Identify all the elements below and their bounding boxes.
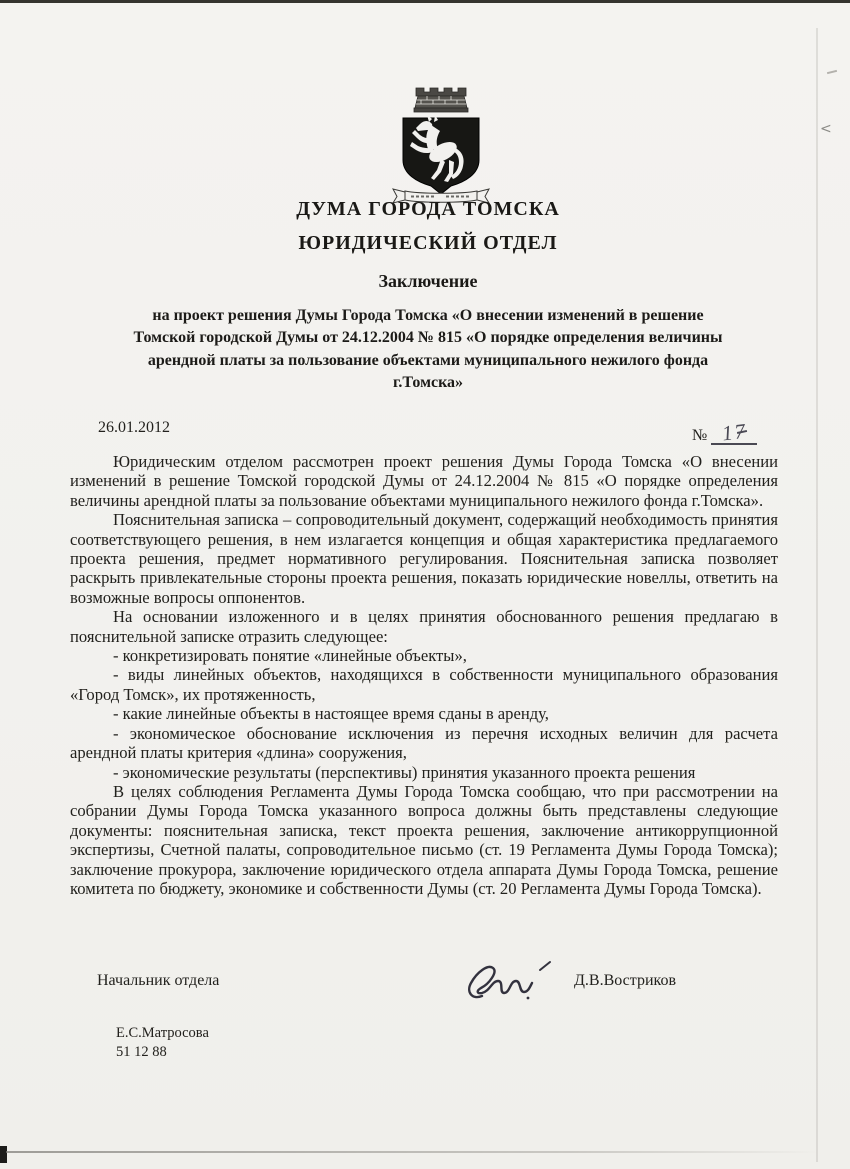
organization-name: ДУМА ГОРОДА ТОМСКА [68,198,788,221]
subject-line: арендной платы за пользование объектами … [78,350,778,372]
signature-row: Начальник отдела Д.В.Востриков [0,968,850,1028]
date-number-row: 26.01.2012 №17 [0,417,850,443]
subject-line: на проект решения Думы Города Томска «О … [78,305,778,327]
coat-of-arms-graphic [391,86,491,206]
subject-line: г.Томска» [78,372,778,394]
document-number: №17 [692,419,757,445]
document-body: Юридическим отделом рассмотрен проект ре… [70,452,778,898]
body-paragraph: В целях соблюдения Регламента Думы Город… [70,782,778,898]
scan-mark-dash [827,70,837,74]
scan-mark-chevron: < [820,121,832,137]
body-paragraph-bullet: - виды линейных объектов, находящихся в … [70,665,778,704]
body-paragraph: На основании изложенного и в целях приня… [70,607,778,646]
scan-shadow-bottom [6,1151,818,1153]
document-subject: на проект решения Думы Города Томска «О … [78,305,778,395]
scanned-document-page: ДУМА ГОРОДА ТОМСКА ЮРИДИЧЕСКИЙ ОТДЕЛ Зак… [0,0,850,1169]
body-paragraph: Юридическим отделом рассмотрен проект ре… [70,452,778,510]
body-paragraph: Пояснительная записка – сопроводительный… [70,510,778,607]
shield-horse-icon [403,115,479,194]
signer-name: Д.В.Востриков [574,972,676,990]
scan-mark-bottom-left [0,1146,7,1163]
tomsk-coat-of-arms [391,86,491,206]
department-name: ЮРИДИЧЕСКИЙ ОТДЕЛ [68,232,788,255]
body-paragraph-bullet: - экономические результаты (перспективы)… [70,763,778,782]
document-title: Заключение [68,271,788,292]
body-paragraph-bullet: - конкретизировать понятие «линейные объ… [70,646,778,665]
scan-edge-top [0,0,850,3]
executor-name: Е.С.Матросова [116,1024,209,1043]
handwritten-signature-icon [452,954,562,1009]
body-paragraph-bullet: - какие линейные объекты в настоящее вре… [70,704,778,723]
subject-line: Томской городской Думы от 24.12.2004 № 8… [78,327,778,349]
executor-block: Е.С.Матросова 51 12 88 [116,1024,209,1062]
document-date: 26.01.2012 [98,419,170,437]
number-sign-label: № [692,427,707,444]
body-paragraph-bullet: - экономическое обоснование исключения и… [70,724,778,763]
mural-crown-icon [414,88,468,112]
handwritten-number: 17 [720,419,748,447]
number-underline: 17 [711,419,757,445]
executor-phone: 51 12 88 [116,1043,209,1062]
signer-position: Начальник отдела [97,972,219,990]
